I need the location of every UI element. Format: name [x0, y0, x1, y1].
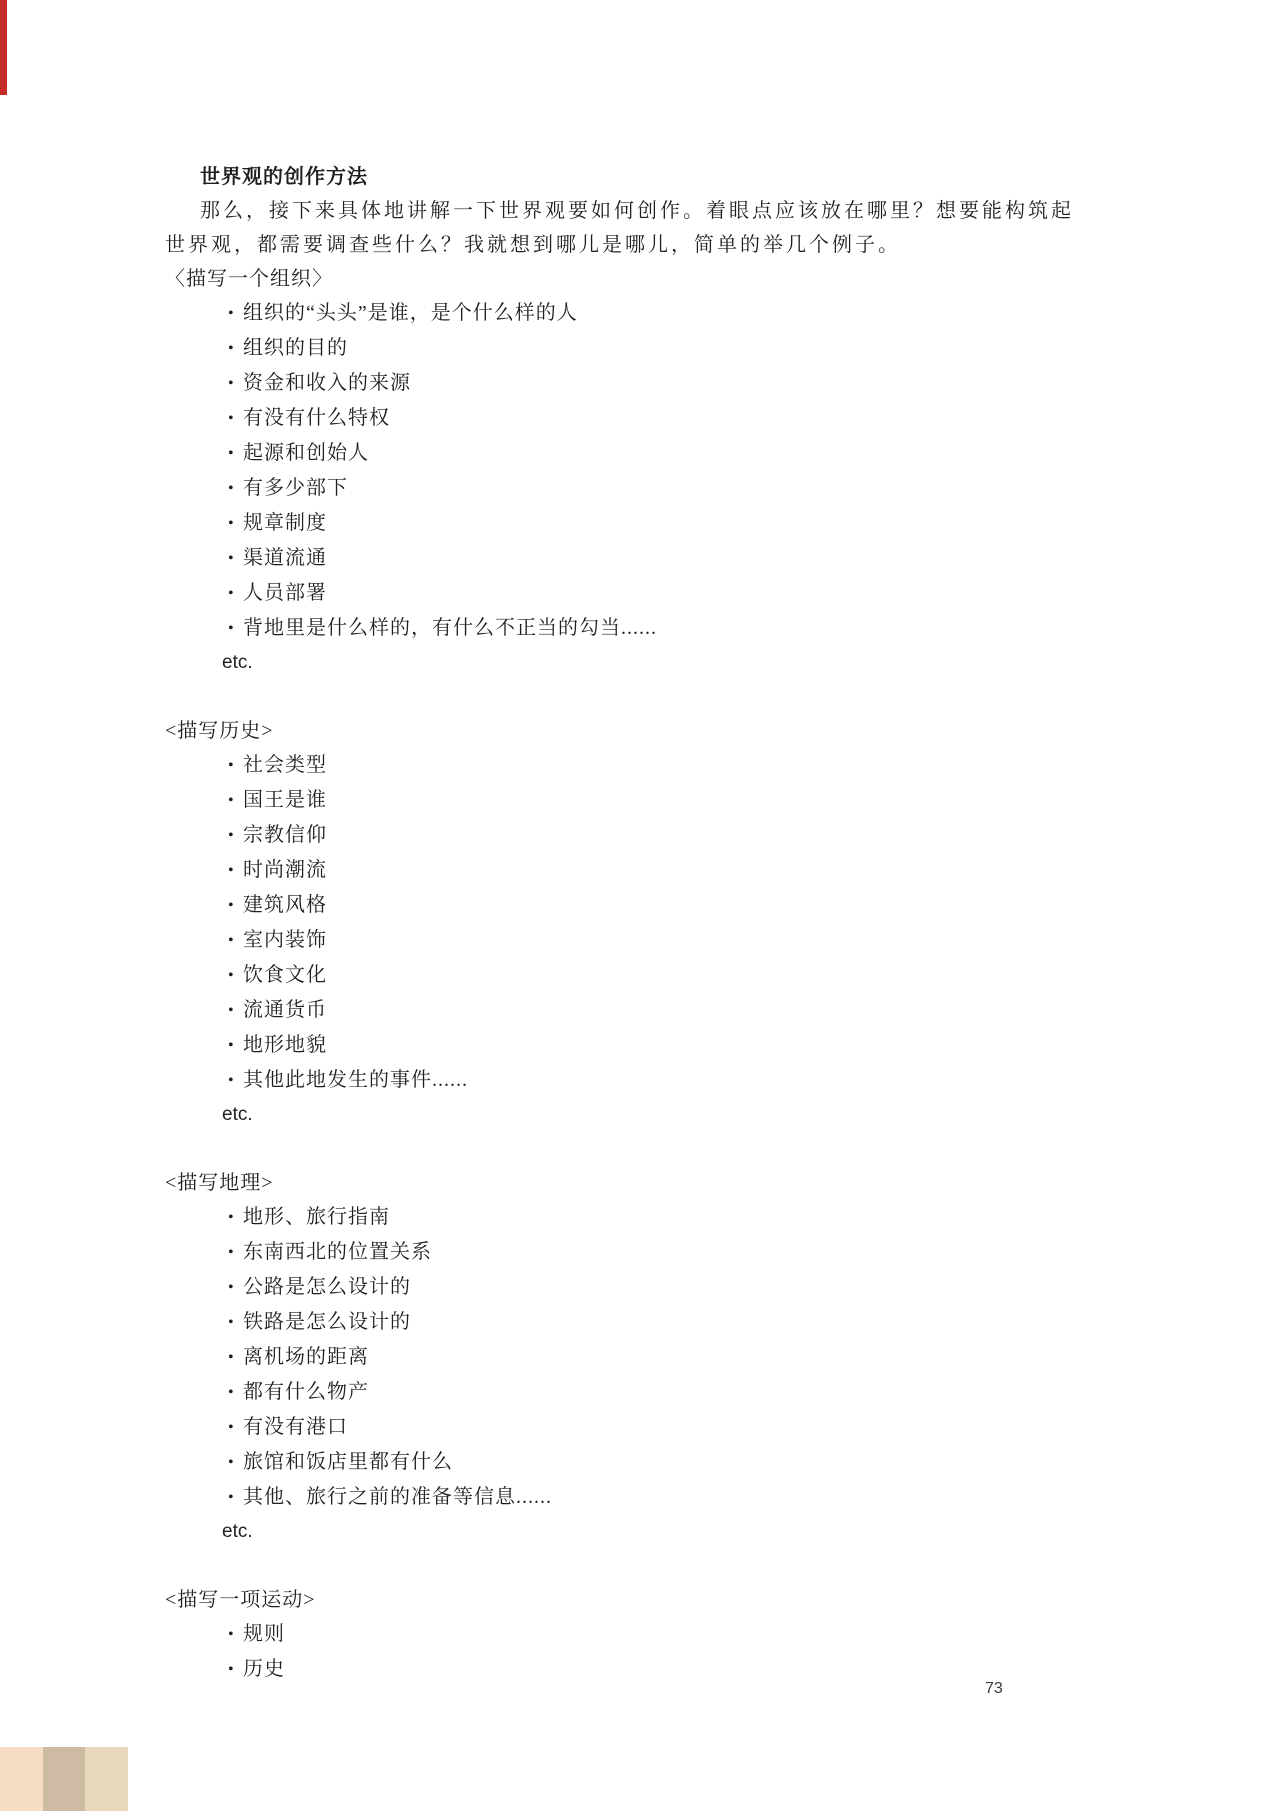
section-header: <描写一项运动> — [165, 1583, 1140, 1617]
list-item: •组织的目的 — [228, 331, 1140, 366]
list-item-text: 人员部署 — [243, 582, 327, 604]
list-item: •铁路是怎么设计的 — [228, 1305, 1140, 1340]
bullet-icon: • — [228, 1306, 243, 1340]
list-item-text: 其他、旅行之前的准备等信息...... — [243, 1486, 552, 1508]
list-item: •建筑风格 — [228, 888, 1140, 923]
list-item-text: 渠道流通 — [243, 547, 327, 569]
bullet-icon: • — [228, 1446, 243, 1480]
etc-label: etc. — [222, 1515, 1140, 1549]
bullet-icon: • — [228, 612, 243, 646]
list-item-text: 规则 — [243, 1623, 285, 1645]
list-item: •有多少部下 — [228, 471, 1140, 506]
edge-block — [0, 1747, 43, 1811]
section-header: 〈描写一个组织〉 — [165, 262, 1140, 296]
bullet-icon: • — [228, 994, 243, 1028]
list-item-text: 离机场的距离 — [243, 1346, 369, 1368]
list-item: •规章制度 — [228, 506, 1140, 541]
section: 〈描写一个组织〉•组织的“头头”是谁，是个什么样的人•组织的目的•资金和收入的来… — [165, 262, 1140, 680]
list-item-text: 室内装饰 — [243, 929, 327, 951]
list-item-text: 饮食文化 — [243, 964, 327, 986]
bullet-icon: • — [228, 1653, 243, 1687]
list-item: •时尚潮流 — [228, 853, 1140, 888]
list-item: •有没有港口 — [228, 1410, 1140, 1445]
section: <描写一项运动>•规则•历史 — [165, 1583, 1140, 1687]
bullet-icon: • — [228, 924, 243, 958]
bullet-icon: • — [228, 1376, 243, 1410]
list-item-text: 其他此地发生的事件...... — [243, 1069, 468, 1091]
page-content: 世界观的创作方法 那么，接下来具体地讲解一下世界观要如何创作。着眼点应该放在哪里… — [165, 160, 1140, 1687]
list-item-text: 宗教信仰 — [243, 824, 327, 846]
list-item-text: 有多少部下 — [243, 477, 348, 499]
list-item: •规则 — [228, 1617, 1140, 1652]
list-item-text: 地形地貌 — [243, 1034, 327, 1056]
page-edge-mark-top — [0, 0, 7, 95]
intro-line: 那么，接下来具体地讲解一下世界观要如何创作。着眼点应该放在哪里？想要能构筑起 — [200, 194, 1140, 228]
section: <描写历史>•社会类型•国王是谁•宗教信仰•时尚潮流•建筑风格•室内装饰•饮食文… — [165, 714, 1140, 1132]
list-item-text: 背地里是什么样的，有什么不正当的勾当...... — [243, 617, 657, 639]
bullet-list: •社会类型•国王是谁•宗教信仰•时尚潮流•建筑风格•室内装饰•饮食文化•流通货币… — [165, 748, 1140, 1098]
bullet-icon: • — [228, 1271, 243, 1305]
list-item: •饮食文化 — [228, 958, 1140, 993]
sections-container: 〈描写一个组织〉•组织的“头头”是谁，是个什么样的人•组织的目的•资金和收入的来… — [165, 262, 1140, 1687]
bullet-icon: • — [228, 854, 243, 888]
bullet-icon: • — [228, 332, 243, 366]
page-title: 世界观的创作方法 — [200, 160, 1140, 194]
list-item-text: 铁路是怎么设计的 — [243, 1311, 411, 1333]
bullet-icon: • — [228, 1341, 243, 1375]
list-item: •人员部署 — [228, 576, 1140, 611]
list-item: •离机场的距离 — [228, 1340, 1140, 1375]
bullet-icon: • — [228, 959, 243, 993]
list-item-text: 地形、旅行指南 — [243, 1206, 390, 1228]
list-item-text: 公路是怎么设计的 — [243, 1276, 411, 1298]
bullet-list: •组织的“头头”是谁，是个什么样的人•组织的目的•资金和收入的来源•有没有什么特… — [165, 296, 1140, 646]
list-item: •资金和收入的来源 — [228, 366, 1140, 401]
list-item-text: 东南西北的位置关系 — [243, 1241, 432, 1263]
bullet-icon: • — [228, 1411, 243, 1445]
list-item: •旅馆和饭店里都有什么 — [228, 1445, 1140, 1480]
bullet-icon: • — [228, 577, 243, 611]
bullet-icon: • — [228, 749, 243, 783]
bullet-icon: • — [228, 1064, 243, 1098]
bullet-icon: • — [228, 297, 243, 331]
list-item-text: 流通货币 — [243, 999, 327, 1021]
bullet-icon: • — [228, 1481, 243, 1515]
list-item-text: 国王是谁 — [243, 789, 327, 811]
bullet-list: •地形、旅行指南•东南西北的位置关系•公路是怎么设计的•铁路是怎么设计的•离机场… — [165, 1200, 1140, 1515]
edge-block — [85, 1747, 128, 1811]
bullet-icon: • — [228, 1029, 243, 1063]
section: <描写地理>•地形、旅行指南•东南西北的位置关系•公路是怎么设计的•铁路是怎么设… — [165, 1166, 1140, 1549]
bullet-list: •规则•历史 — [165, 1617, 1140, 1687]
list-item-text: 组织的目的 — [243, 337, 348, 359]
list-item: •地形地貌 — [228, 1028, 1140, 1063]
bullet-icon: • — [228, 472, 243, 506]
list-item-text: 规章制度 — [243, 512, 327, 534]
bullet-icon: • — [228, 784, 243, 818]
bullet-icon: • — [228, 542, 243, 576]
list-item-text: 组织的“头头”是谁，是个什么样的人 — [243, 302, 578, 324]
list-item: •其他此地发生的事件...... — [228, 1063, 1140, 1098]
list-item-text: 社会类型 — [243, 754, 327, 776]
bullet-icon: • — [228, 437, 243, 471]
bullet-icon: • — [228, 819, 243, 853]
edge-block — [43, 1747, 85, 1811]
list-item-text: 时尚潮流 — [243, 859, 327, 881]
list-item: •渠道流通 — [228, 541, 1140, 576]
intro-line: 世界观，都需要调查些什么？我就想到哪儿是哪儿，简单的举几个例子。 — [165, 228, 1140, 262]
list-item: •国王是谁 — [228, 783, 1140, 818]
list-item: •其他、旅行之前的准备等信息...... — [228, 1480, 1140, 1515]
section-header: <描写历史> — [165, 714, 1140, 748]
bullet-icon: • — [228, 507, 243, 541]
list-item: •社会类型 — [228, 748, 1140, 783]
list-item-text: 旅馆和饭店里都有什么 — [243, 1451, 453, 1473]
list-item: •地形、旅行指南 — [228, 1200, 1140, 1235]
list-item: •宗教信仰 — [228, 818, 1140, 853]
list-item: •起源和创始人 — [228, 436, 1140, 471]
list-item: •有没有什么特权 — [228, 401, 1140, 436]
page-number: 73 — [985, 1680, 1003, 1698]
section-header: <描写地理> — [165, 1166, 1140, 1200]
bullet-icon: • — [228, 367, 243, 401]
intro-paragraph: 那么，接下来具体地讲解一下世界观要如何创作。着眼点应该放在哪里？想要能构筑起 世… — [165, 194, 1140, 262]
list-item: •室内装饰 — [228, 923, 1140, 958]
list-item: •公路是怎么设计的 — [228, 1270, 1140, 1305]
bullet-icon: • — [228, 1201, 243, 1235]
bullet-icon: • — [228, 402, 243, 436]
list-item: •背地里是什么样的，有什么不正当的勾当...... — [228, 611, 1140, 646]
list-item: •都有什么物产 — [228, 1375, 1140, 1410]
list-item-text: 有没有什么特权 — [243, 407, 390, 429]
list-item: •组织的“头头”是谁，是个什么样的人 — [228, 296, 1140, 331]
list-item-text: 建筑风格 — [243, 894, 327, 916]
list-item: •历史 — [228, 1652, 1140, 1687]
bullet-icon: • — [228, 889, 243, 923]
list-item-text: 起源和创始人 — [243, 442, 369, 464]
list-item-text: 历史 — [243, 1658, 285, 1680]
etc-label: etc. — [222, 646, 1140, 680]
list-item: •流通货币 — [228, 993, 1140, 1028]
page-edge-marks-bottom — [0, 1747, 128, 1811]
list-item: •东南西北的位置关系 — [228, 1235, 1140, 1270]
list-item-text: 资金和收入的来源 — [243, 372, 411, 394]
etc-label: etc. — [222, 1098, 1140, 1132]
bullet-icon: • — [228, 1618, 243, 1652]
bullet-icon: • — [228, 1236, 243, 1270]
list-item-text: 有没有港口 — [243, 1416, 348, 1438]
list-item-text: 都有什么物产 — [243, 1381, 369, 1403]
